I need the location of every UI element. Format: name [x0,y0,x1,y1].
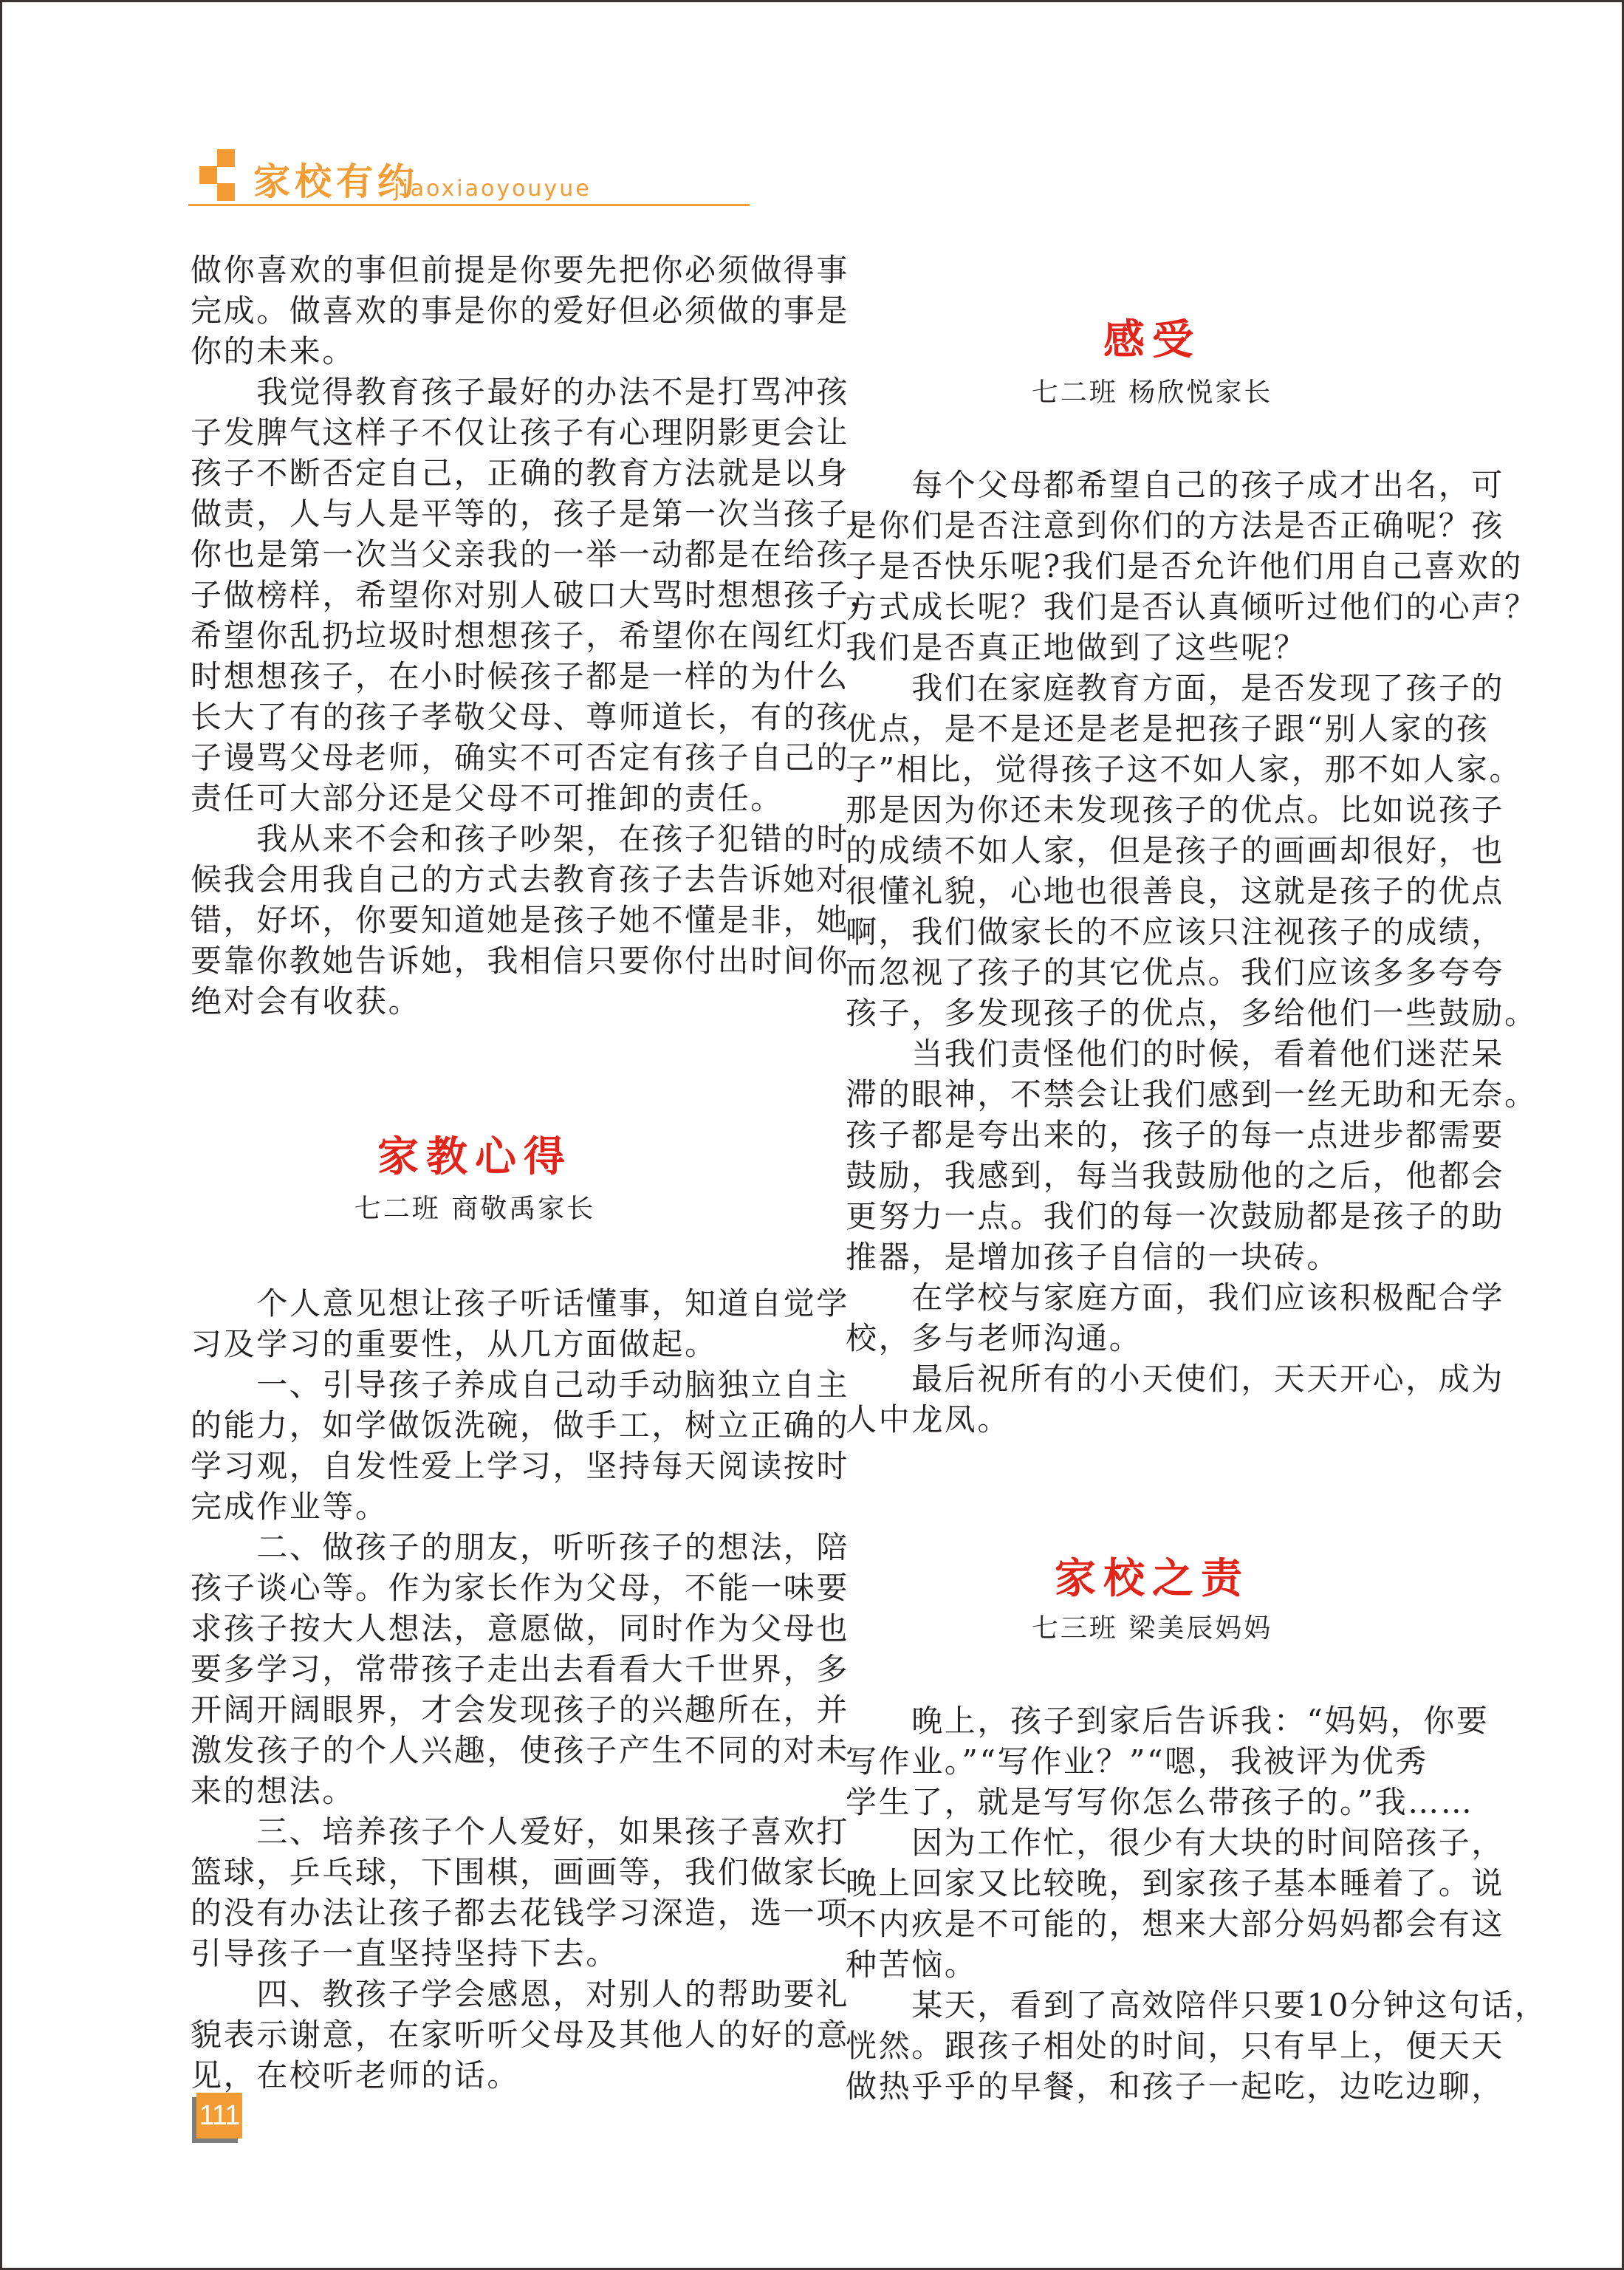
text-line: 而忽视了孩子的其它优点。我们应该多多夸夸 [846,952,1459,993]
text-line: 孩子谈心等。作为家长作为父母，不能一味要 [191,1568,759,1608]
text-line: 滞的眼神，不禁会让我们感到一丝无助和无奈。 [846,1074,1459,1115]
text-line: 学生了，就是写写你怎么带孩子的。”我…… [846,1782,1459,1822]
text-line: 推器，是增加孩子自信的一块砖。 [846,1237,1459,1277]
article-jiaxiao-zhize: 家校之责 七三班 梁美辰妈妈 晚上，孩子到家后告诉我：“妈妈，你要 写作业。”“… [846,1553,1459,2107]
text-line: 晚上，孩子到家后告诉我：“妈妈，你要 [846,1700,1459,1741]
article-body: 每个父母都希望自己的孩子成才出名，可 是你们是否注意到你们的方法是否正确呢？孩 … [846,465,1459,1440]
text-line: 孩子都是夸出来的，孩子的每一点进步都需要 [846,1115,1459,1155]
text-line: 你也是第一次当父亲我的一举一动都是在给孩 [191,534,759,575]
text-line: 校，多与老师沟通。 [846,1318,1459,1358]
text-line: 子”相比，觉得孩子这不如人家，那不如人家。 [846,749,1459,790]
text-line: 要靠你教她告诉她，我相信只要你付出时间你 [191,940,759,981]
text-line: 做热乎乎的早餐，和孩子一起吃，边吃边聊， [846,2066,1459,2107]
text-line: 长大了有的孩子孝敬父母、尊师道长，有的孩 [191,697,759,737]
text-line: 啊，我们做家长的不应该只注视孩子的成绩， [846,912,1459,952]
text-line: 篮球，乒乓球，下围棋，画画等，我们做家长 [191,1852,759,1893]
text-line: 孩子，多发现孩子的优点，多给他们一些鼓励。 [846,993,1459,1033]
text-line: 因为工作忙，很少有大块的时间陪孩子， [846,1822,1459,1863]
article-author: 七二班 杨欣悦家长 [846,375,1459,411]
text-line: 错，好坏，你要知道她是孩子她不懂是非，她 [191,900,759,940]
text-line: 孩子不断否定自己，正确的教育方法就是以身 [191,453,759,493]
text-line: 你的未来。 [191,331,759,372]
left-column-continuation: 做你喜欢的事但前提是你要先把你必须做得事 完成。做喜欢的事是你的爱好但必须做的事… [191,250,759,1022]
text-line: 完成。做喜欢的事是你的爱好但必须做的事是 [191,290,759,331]
text-line: 时想想孩子，在小时候孩子都是一样的为什么 [191,656,759,697]
text-line: 我从来不会和孩子吵架，在孩子犯错的时 [191,818,759,859]
text-line: 方式成长呢？我们是否认真倾听过他们的心声？ [846,587,1459,627]
article-author: 七二班 商敬禹家长 [191,1191,759,1228]
article-title: 家教心得 [191,1130,759,1183]
text-line: 貌表示谢意，在家听听父母及其他人的好的意 [191,2014,759,2055]
text-line: 最后祝所有的小天使们，天天开心，成为 [846,1358,1459,1399]
text-line: 子做榜样，希望你对别人破口大骂时想想孩子， [191,575,759,615]
text-line: 完成作业等。 [191,1486,759,1527]
text-line: 写作业。”“写作业？”“嗯，我被评为优秀 [846,1741,1459,1782]
text-line: 二、做孩子的朋友，听听孩子的想法，陪 [191,1527,759,1568]
text-line: 四、教孩子学会感恩，对别人的帮助要礼 [191,1974,759,2014]
text-line: 子是否快乐呢?我们是否允许他们用自己喜欢的 [846,546,1459,587]
article-jiajiao-xinde: 家教心得 七二班 商敬禹家长 个人意见想让孩子听话懂事，知道自觉学 习及学习的重… [191,1130,759,2096]
page-number-badge: 111 [196,2093,242,2139]
text-line: 更努力一点。我们的每一次鼓励都是孩子的助 [846,1196,1459,1237]
text-line: 习及学习的重要性，从几方面做起。 [191,1324,759,1364]
text-line: 做责，人与人是平等的，孩子是第一次当孩子， [191,493,759,534]
text-line: 的能力，如学做饭洗碗，做手工，树立正确的 [191,1405,759,1446]
text-line: 激发孩子的个人兴趣，使孩子产生不同的对未 [191,1730,759,1771]
text-line: 的没有办法让孩子都去花钱学习深造，选一项 [191,1893,759,1933]
article-body: 晚上，孩子到家后告诉我：“妈妈，你要 写作业。”“写作业？”“嗯，我被评为优秀 … [846,1700,1459,2107]
text-line: 鼓励，我感到，每当我鼓励他的之后，他都会 [846,1155,1459,1196]
logo-square-icon [217,183,235,201]
article-title: 家校之责 [846,1553,1459,1604]
text-line: 做你喜欢的事但前提是你要先把你必须做得事 [191,250,759,290]
logo-square-icon [217,149,235,167]
article-body: 个人意见想让孩子听话懂事，知道自觉学 习及学习的重要性，从几方面做起。 一、引导… [191,1283,759,2096]
text-line: 在学校与家庭方面，我们应该积极配合学 [846,1277,1459,1318]
text-line: 引导孩子一直坚持坚持下去。 [191,1933,759,1974]
text-line: 很懂礼貌，心地也很善良，这就是孩子的优点 [846,871,1459,912]
text-line: 某天，看到了高效陪伴只要10分钟这句话， [846,1985,1459,2025]
text-line: 人中龙凤。 [846,1399,1459,1440]
text-line: 希望你乱扔垃圾时想想孩子，希望你在闯红灯 [191,615,759,656]
text-line: 三、培养孩子个人爱好，如果孩子喜欢打 [191,1811,759,1852]
text-line: 来的想法。 [191,1771,759,1811]
text-line: 恍然。跟孩子相处的时间，只有早上，便天天 [846,2025,1459,2066]
text-line: 开阔开阔眼界，才会发现孩子的兴趣所在，并 [191,1689,759,1730]
section-title-pinyin: jiaoxiaoyouyue [394,176,592,202]
text-line: 子发脾气这样子不仅让孩子有心理阴影更会让 [191,412,759,453]
text-line: 学习观，自发性爱上学习，坚持每天阅读按时 [191,1446,759,1486]
text-line: 种苦恼。 [846,1944,1459,1985]
text-line: 候我会用我自己的方式去教育孩子去告诉她对 [191,859,759,900]
article-author: 七三班 梁美辰妈妈 [846,1610,1459,1647]
text-line: 我们是否真正地做到了这些呢？ [846,627,1459,668]
text-line: 个人意见想让孩子听话懂事，知道自觉学 [191,1283,759,1324]
text-line: 是你们是否注意到你们的方法是否正确呢？孩 [846,505,1459,546]
header-divider [188,204,750,206]
text-line: 求孩子按大人想法，意愿做，同时作为父母也 [191,1608,759,1649]
text-line: 要多学习，常带孩子走出去看看大千世界，多 [191,1649,759,1689]
text-line: 的成绩不如人家，但是孩子的画画却很好，也 [846,830,1459,871]
text-line: 优点，是不是还是老是把孩子跟“别人家的孩 [846,708,1459,749]
text-line: 每个父母都希望自己的孩子成才出名，可 [846,465,1459,505]
text-line: 那是因为你还未发现孩子的优点。比如说孩子 [846,790,1459,830]
text-line: 责任可大部分还是父母不可推卸的责任。 [191,778,759,818]
text-line: 子谩骂父母老师，确实不可否定有孩子自己的 [191,737,759,778]
text-line: 一、引导孩子养成自己动手动脑独立自主 [191,1364,759,1405]
text-line: 我们在家庭教育方面，是否发现了孩子的 [846,668,1459,708]
text-line: 不内疚是不可能的，想来大部分妈妈都会有这 [846,1904,1459,1944]
text-line: 绝对会有收获。 [191,981,759,1022]
logo-square-icon [199,166,217,184]
article-title: 感受 [846,314,1459,366]
text-line: 当我们责怪他们的时候，看着他们迷茫呆 [846,1033,1459,1074]
article-ganshou: 感受 七二班 杨欣悦家长 每个父母都希望自己的孩子成才出名，可 是你们是否注意到… [846,314,1459,1440]
text-line: 晚上回家又比较晚，到家孩子基本睡着了。说 [846,1863,1459,1904]
text-line: 见，在校听老师的话。 [191,2055,759,2096]
text-line: 我觉得教育孩子最好的办法不是打骂冲孩 [191,372,759,412]
